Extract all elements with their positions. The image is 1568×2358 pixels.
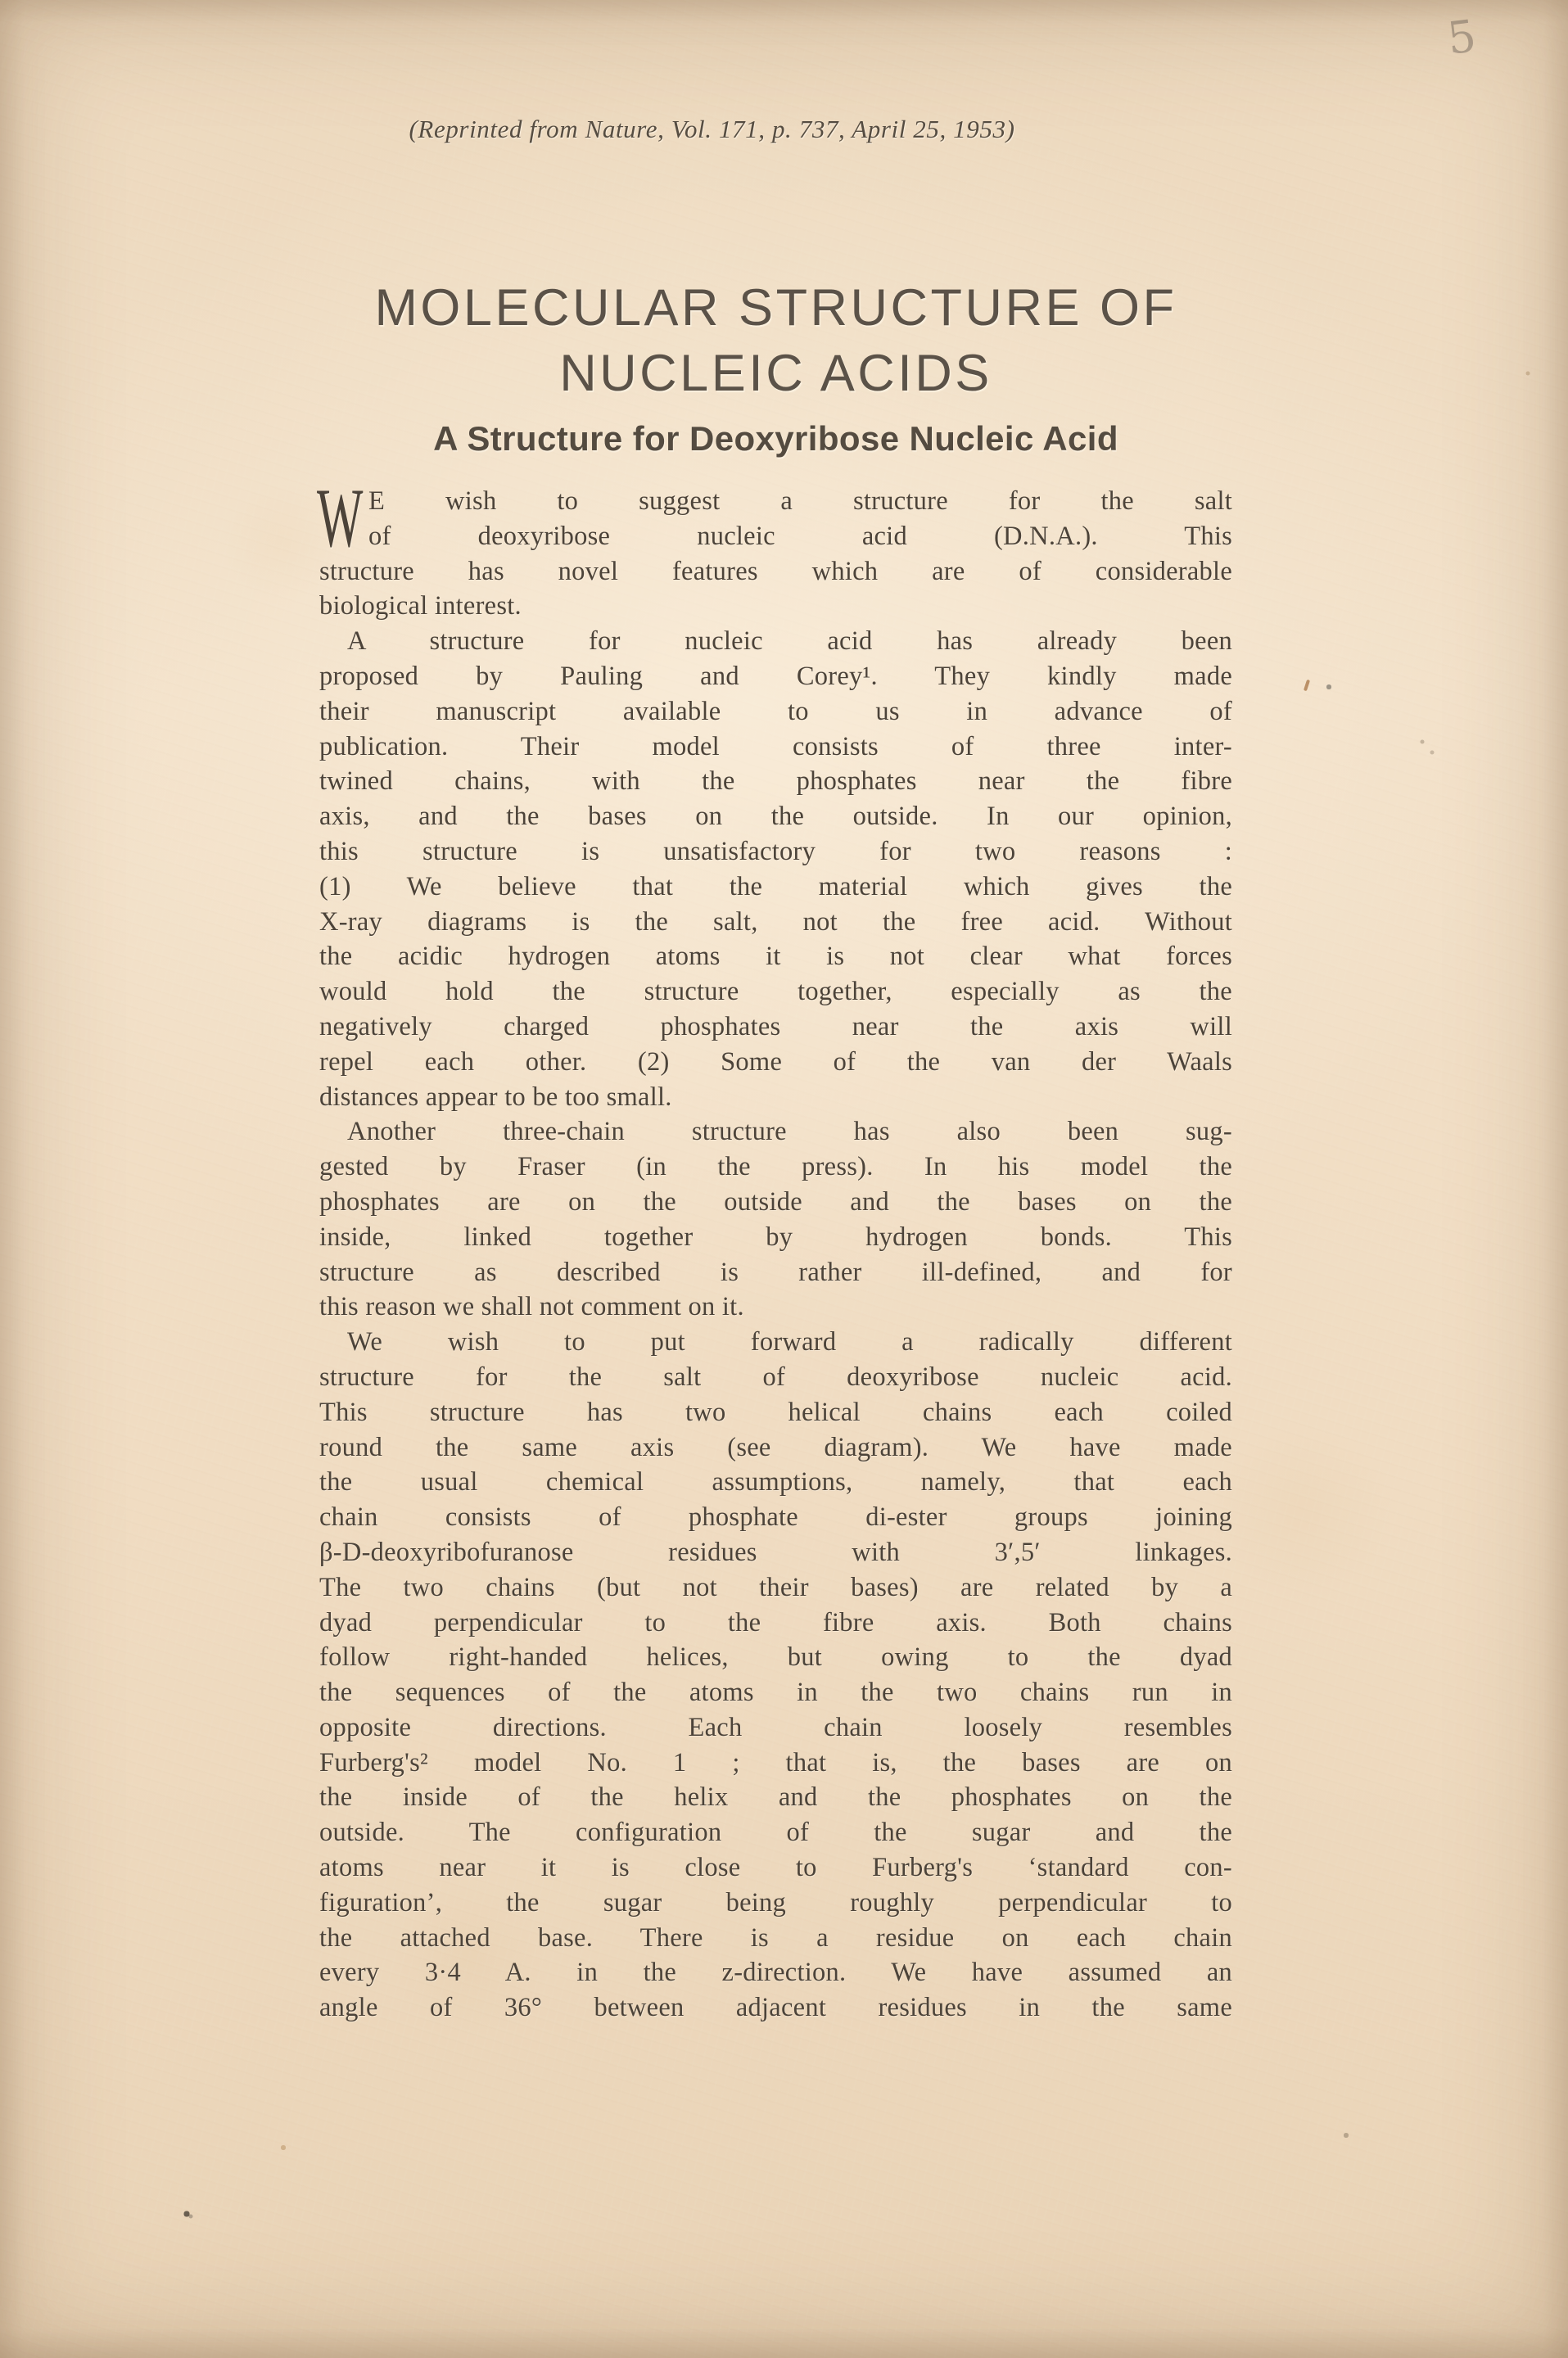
text-line: this reason we shall not comment on it.	[319, 1290, 1232, 1325]
text-line: atoms near it is close to Furberg's ‘sta…	[319, 1850, 1232, 1886]
scanned-page: 5 (Reprinted from Nature, Vol. 171, p. 7…	[0, 0, 1568, 2358]
text-line: publication. Their model consists of thr…	[319, 730, 1232, 765]
text-line: Another three-chain structure has also b…	[319, 1114, 1232, 1150]
text-line: X-ray diagrams is the salt, not the free…	[319, 905, 1232, 940]
text-line: structure as described is rather ill-def…	[319, 1255, 1232, 1290]
text-line: angle of 36° between adjacent residues i…	[319, 1990, 1232, 2026]
text-line: the sequences of the atoms in the two ch…	[319, 1675, 1232, 1710]
text-line: structure for the salt of deoxyribose nu…	[319, 1360, 1232, 1395]
text-line: twined chains, with the phosphates near …	[319, 764, 1232, 799]
text-line: would hold the structure together, espec…	[319, 974, 1232, 1010]
text-line: proposed by Pauling and Corey¹. They kin…	[319, 659, 1232, 694]
text-line: the usual chemical assumptions, namely, …	[319, 1465, 1232, 1500]
text-line: figuration’, the sugar being roughly per…	[319, 1886, 1232, 1921]
text-line: gested by Fraser (in the press). In his …	[319, 1150, 1232, 1185]
text-line: inside, linked together by hydrogen bond…	[319, 1220, 1232, 1255]
text-line: structure has novel features which are o…	[319, 554, 1232, 589]
text-line: follow right-handed helices, but owing t…	[319, 1640, 1232, 1675]
text-line: (1) We believe that the material which g…	[319, 870, 1232, 905]
text-line: This structure has two helical chains ea…	[319, 1395, 1232, 1430]
article-title-line2: NUCLEIC ACIDS	[319, 341, 1232, 406]
text-line: E wish to suggest a structure for the sa…	[319, 484, 1232, 519]
reprint-citation: (Reprinted from Nature, Vol. 171, p. 737…	[255, 115, 1168, 144]
text-line: outside. The configuration of the sugar …	[319, 1815, 1232, 1850]
article-title-line1: MOLECULAR STRUCTURE OF	[319, 275, 1232, 341]
text-line: this structure is unsatisfactory for two…	[319, 834, 1232, 870]
text-line: The two chains (but not their bases) are…	[319, 1570, 1232, 1606]
text-line: the inside of the helix and the phosphat…	[319, 1780, 1232, 1815]
text-line: round the same axis (see diagram). We ha…	[319, 1430, 1232, 1466]
drop-cap-w: W	[317, 477, 364, 561]
text-line: axis, and the bases on the outside. In o…	[319, 799, 1232, 834]
text-line: repel each other. (2) Some of the van de…	[319, 1045, 1232, 1080]
text-line: the acidic hydrogen atoms it is not clea…	[319, 939, 1232, 974]
text-line: the attached base. There is a residue on…	[319, 1921, 1232, 1956]
text-line: phosphates are on the outside and the ba…	[319, 1185, 1232, 1220]
text-line: their manuscript available to us in adva…	[319, 694, 1232, 730]
paper-specks	[0, 0, 2, 2]
text-line: dyad perpendicular to the fibre axis. Bo…	[319, 1606, 1232, 1641]
paragraph-4: We wish to put forward a radically diffe…	[319, 1325, 1232, 2026]
text-line: negatively charged phosphates near the a…	[319, 1010, 1232, 1045]
article-body: W E wish to suggest a structure for the …	[319, 484, 1232, 2026]
text-line: distances appear to be too small.	[319, 1080, 1232, 1115]
article-title: MOLECULAR STRUCTURE OF NUCLEIC ACIDS	[319, 275, 1232, 406]
text-line: Furberg's² model No. 1 ; that is, the ba…	[319, 1746, 1232, 1781]
paragraph-1: W E wish to suggest a structure for the …	[319, 484, 1232, 624]
text-line: β-D-deoxyribofuranose residues with 3′,5…	[319, 1535, 1232, 1570]
text-line: A structure for nucleic acid has already…	[319, 624, 1232, 659]
text-line: every 3·4 A. in the z-direction. We have…	[319, 1955, 1232, 1990]
text-line: chain consists of phosphate di-ester gro…	[319, 1500, 1232, 1535]
text-line: biological interest.	[319, 589, 1232, 624]
pencil-mark-5: 5	[1444, 10, 1479, 65]
text-line: We wish to put forward a radically diffe…	[319, 1325, 1232, 1360]
article-subtitle: A Structure for Deoxyribose Nucleic Acid	[319, 419, 1232, 458]
paragraph-3: Another three-chain structure has also b…	[319, 1114, 1232, 1325]
text-line: of deoxyribose nucleic acid (D.N.A.). Th…	[319, 519, 1232, 554]
paper-fiber	[1304, 680, 1310, 692]
text-line: opposite directions. Each chain loosely …	[319, 1710, 1232, 1746]
paragraph-2: A structure for nucleic acid has already…	[319, 624, 1232, 1114]
